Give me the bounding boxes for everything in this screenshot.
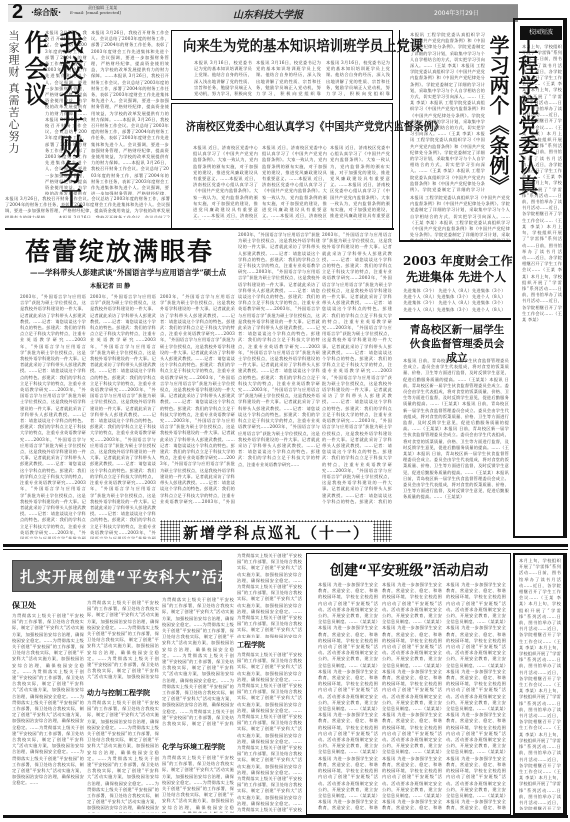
engineering-party-body-1: 本报讯 工程学院党委认真组织学习《中国共产党党内监督条例》和《中国共产党纪律处分… [410, 32, 485, 192]
safe-class-body-1: 本报讯 为进一步加强学生安全教育，营造安全、稳定、和谐的校园环境，学校在全校范围… [318, 582, 378, 812]
editor-email: E-mail: [email protected] [70, 10, 121, 15]
bloom-body-4: 2003年，“外国语言学与应用语言学”获批为硕士学位授权点，这是我校外语学科建设… [238, 232, 320, 504]
safe-class-title: 创建“平安班级”活动启动 [330, 560, 488, 580]
qingdao-body: 本报讯 日前，青岛校区新一届学生伙食监督管理委员会成立。委员会由学生代表组成，将… [403, 358, 509, 536]
safe-campus-body-6: 为贯彻落实上级关于创建“平安校园”的工作部署，保卫处结合我校实际，制定了创建“平… [237, 553, 302, 638]
award-title-2: 先进集体 先进个人 [406, 268, 506, 285]
safe-class-body-2: 本报讯 为进一步加强学生安全教育，营造安全、稳定、和谐的校园环境，学校在全校范围… [382, 582, 442, 812]
jinan-study-body-2: 本报讯 近日，济南校区党委中心组认真学习了《中国共产党党内监督条例》。大家一致认… [262, 145, 327, 220]
section-divider-top-thin [3, 549, 568, 550]
party-class-body-3: 本报讯 3月16日，校党委书记为党的基本知识培训班学员上党课。他结合自身的经历，… [326, 60, 390, 97]
safe-campus-body-1: 为贯彻落实上级关于创建“平安校园”的工作部署，保卫处结合我校实际，制定了创建“平… [12, 613, 84, 813]
safe-campus-body-3: 为贯彻落实上级关于创建“平安校园”的工作部署，保卫处结合我校实际，制定了创建“平… [87, 700, 159, 813]
section-security: 保卫处 [12, 600, 36, 611]
new-disciplines-title: 新增学科点巡礼（十一） [180, 522, 373, 543]
masthead-logo: 山东科技大学报 [233, 6, 303, 21]
sidebar-label: 校园短波 [520, 26, 562, 40]
section-chem: 化学与环境工程学院 [162, 742, 225, 752]
bloom-body-1: 2003年，“外国语言学与应用语言学”获批为硕士学位授权点，这是我校外语学科建设… [20, 294, 86, 539]
finance-meeting-body-3: 本报讯 3月26日，我校召开财务工作会议。会议总结了2003年度的财务工作，部署… [5, 196, 170, 218]
issue-date: 2004年3月29日 [434, 8, 479, 17]
editor-info: 责任编辑 王某某 E-mail: [email protected] [70, 5, 121, 15]
jinan-study-title: 济南校区党委中心组认真学习《中国共产党党内监督条例》 [186, 118, 443, 134]
section-divider-top [3, 544, 568, 547]
safe-campus-title: 扎实开展创建“平安科大”活动 [20, 566, 234, 587]
bloom-subtitle: ——学科带头人彭建武谈“外国语言学与应用语言学”硕士点 [30, 267, 226, 278]
bloom-body-2: 2003年，“外国语言学与应用语言学”获批为硕士学位授权点，这是我校外语学科建设… [90, 294, 156, 539]
sidebar-news-body: 本月上旬，学校组织开展了“学雷锋”系列活动……日前，图书馆举办了读书月活动……近… [522, 44, 562, 534]
page-bottom-rule [3, 815, 568, 818]
jinan-study-body-1: 本报讯 近日，济南校区党委中心组认真学习了《中国共产党党内监督条例》。大家一致认… [193, 145, 258, 220]
section-engineering: 工程学院 [237, 640, 265, 650]
award-list: 先进集体（3个） 先进个人（8人）先进集体（3个） 先进个人（8人）先进集体（3… [402, 288, 507, 314]
jinan-study-body-3: 本报讯 近日，济南校区党委中心组认真学习了《中国共产党党内监督条例》。大家一致认… [330, 145, 390, 220]
party-class-title: 向来生为党的基本知识培训班学员上党课 [183, 35, 423, 56]
award-title-1: 2003 年度财会工作 [403, 252, 513, 269]
bloom-title: 蓓蕾绽放满眼春 [25, 232, 214, 268]
safe-campus-body-7: 为贯彻落实上级关于创建“平安校园”的工作部署，保卫处结合我校实际，制定了创建“平… [237, 652, 302, 813]
award-bottom-rule [399, 318, 511, 320]
award-top-rule [399, 240, 511, 242]
safe-campus-body-5: 为贯彻落实上级关于创建“平安校园”的工作部署，保卫处结合我校实际，制定了创建“平… [162, 755, 234, 813]
bloom-body-3: 2003年，“外国语言学与应用语言学”获批为硕士学位授权点，这是我校外语学科建设… [160, 294, 235, 504]
horizontal-rule [5, 228, 394, 230]
finance-meeting-body-1: 本报讯 3月26日，我校召开财务工作会议。会议总结了2003年度的财务工作，部署… [45, 30, 87, 195]
engineering-party-body-2: 本报讯 工程学院党委认真组织学习《中国共产党党内监督条例》和《中国共产党纪律处分… [410, 195, 510, 240]
bloom-byline: 本报记者 田 静 [90, 281, 130, 290]
bloom-body-5: 2003年，“外国语言学与应用语言学”获批为硕士学位授权点，这是我校外语学科建设… [322, 232, 392, 504]
safe-campus-body-4: 为贯彻落实上级关于创建“平安校园”的工作部署，保卫处结合我校实际，制定了创建“平… [162, 597, 234, 727]
section-label: ·综合版· [31, 7, 61, 18]
safe-class-body-3: 本报讯 为进一步加强学生安全教育，营造安全、稳定、和谐的校园环境，学校在全校范围… [446, 582, 506, 812]
section-power: 动力与控制工程学院 [87, 688, 150, 698]
sidebar-lower-body: 本月上旬，学校组织开展了“学雷锋”系列活动……日前，图书馆举办了读书月活动……近… [519, 558, 561, 810]
finance-meeting-body-2: 本报讯 3月26日，我校召开财务工作会议。会议总结了2003年度的财务工作，部署… [91, 30, 169, 195]
party-class-body-2: 本报讯 3月16日，校党委书记为党的基本知识培训班学员上党课。他结合自身的经历，… [256, 60, 321, 97]
safe-campus-body-2: 为贯彻落实上级关于创建“平安校园”的工作部署，保卫处结合我校实际，制定了创建“平… [87, 600, 159, 680]
party-class-body-1: 本报讯 3月16日，校党委书记为党的基本知识培训班学员上党课。他结合自身的经历，… [194, 60, 252, 97]
col-divider [399, 30, 400, 240]
page-number: 2 [12, 2, 23, 22]
